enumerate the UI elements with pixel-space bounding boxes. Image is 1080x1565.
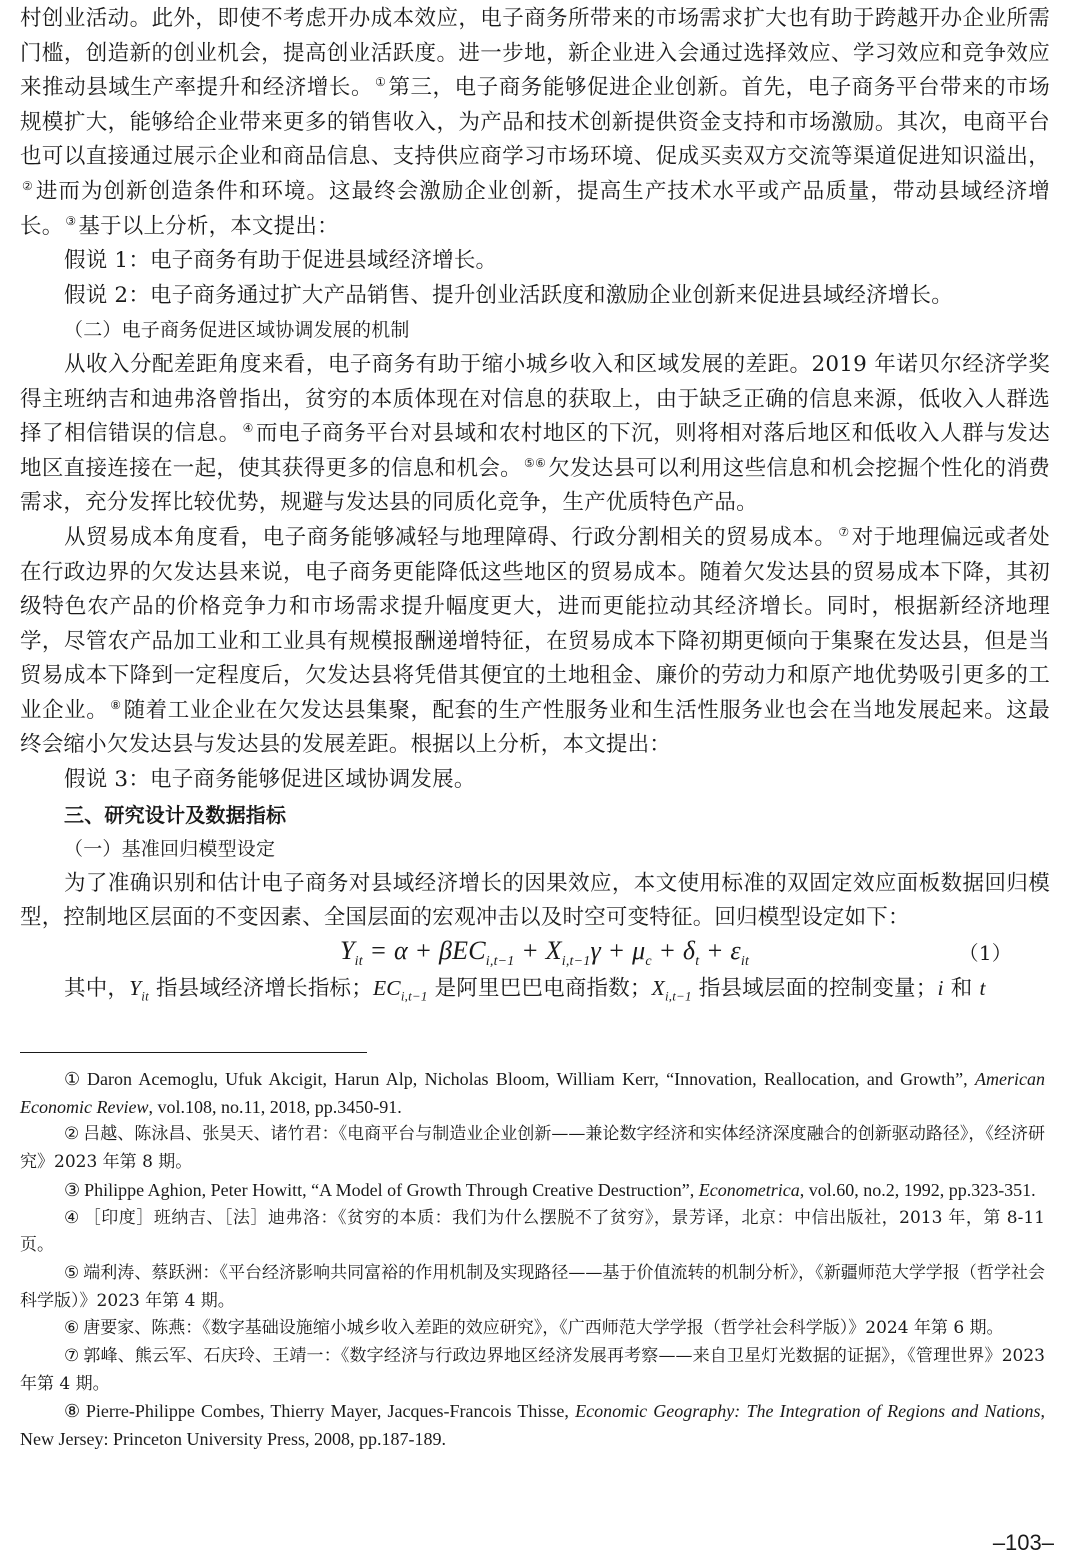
text-span: 和 xyxy=(944,976,980,1001)
footnote-text: , vol.60, no.2, 1992, pp.323-351. xyxy=(800,1180,1036,1200)
footnote-text: 郭峰、熊云军、石庆玲、王靖一：《数字经济与行政边界地区经济发展再考察——来自卫星… xyxy=(20,1346,1045,1394)
hypothesis-1: 假说 1：电子商务有助于促进县域经济增长。 xyxy=(20,244,1050,279)
math-symbol: Y xyxy=(129,976,141,1000)
math-subscript: it xyxy=(355,954,363,969)
footnote-ref-8[interactable]: ⑧ xyxy=(110,698,121,712)
math-var-t: t xyxy=(979,976,985,1000)
footnote-8: ⑧Pierre-Philippe Combes, Thierry Mayer, … xyxy=(20,1398,1045,1453)
paragraph-model-intro: 为了准确识别和估计电子商务对县域经济增长的因果效应，本文使用标准的双固定效应面板… xyxy=(20,867,1050,936)
footnote-ref-7[interactable]: ⑦ xyxy=(838,525,849,539)
footnote-3: ③Philippe Aghion, Peter Howitt, “A Model… xyxy=(20,1177,1045,1205)
book-title: Economic Geography: The Integration of R… xyxy=(575,1401,1040,1421)
footnote-mark: ⑧ xyxy=(64,1401,82,1421)
footnote-ref-4[interactable]: ④ xyxy=(243,421,254,435)
paragraph-entrepreneurship-innovation: 村创业活动。此外，即使不考虑开办成本效应，电子商务所带来的市场需求扩大也有助于跨… xyxy=(20,2,1050,244)
equation-number: （1） xyxy=(959,936,1012,971)
footnote-ref-5-6[interactable]: ⑤⑥ xyxy=(524,456,546,470)
footnote-text: 端利涛、蔡跃洲：《平台经济影响共同富裕的作用机制及实现路径——基于价值流转的机制… xyxy=(20,1263,1045,1311)
footnote-ref-3[interactable]: ③ xyxy=(65,214,76,228)
text-span: 随着工业企业在欠发达县集聚，配套的生产性服务业和生活性服务业也会在当地发展起来。… xyxy=(20,698,1050,758)
journal-title: Econometrica xyxy=(699,1180,800,1200)
paragraph-income-gap: 从收入分配差距角度来看，电子商务有助于缩小城乡收入和区域发展的差距。2019 年… xyxy=(20,348,1050,521)
math-subscript: it xyxy=(741,954,749,969)
footnote-text: , vol.108, no.11, 2018, pp.3450-91. xyxy=(148,1097,401,1117)
footnote-6: ⑥唐要家、陈燕：《数字基础设施缩小城乡收入差距的效应研究》，《广西师范大学学报（… xyxy=(20,1315,1045,1343)
math-subscript: i,t−1 xyxy=(562,954,591,969)
footnote-mark: ⑥ xyxy=(64,1318,79,1338)
footnote-1: ①Daron Acemoglu, Ufuk Akcigit, Harun Alp… xyxy=(20,1066,1045,1121)
text-span: 其中， xyxy=(64,976,129,1001)
section-heading-baseline-model: （一）基准回归模型设定 xyxy=(20,832,1050,867)
footnote-mark: ⑦ xyxy=(64,1346,79,1366)
math-subscript: i,t−1 xyxy=(401,988,428,1003)
footnote-ref-1[interactable]: ① xyxy=(375,75,386,89)
math-subscript: it xyxy=(141,988,149,1003)
equation-row: Yit = α + βECi,t−1 + Xi,t−1γ + μc + δt +… xyxy=(20,936,1050,971)
math-subscript: i,t−1 xyxy=(486,954,515,969)
math-symbol: γ + μ xyxy=(590,936,645,965)
footnote-mark: ① xyxy=(64,1069,83,1089)
footnotes: ①Daron Acemoglu, Ufuk Akcigit, Harun Alp… xyxy=(20,1066,1045,1454)
math-symbol: + X xyxy=(515,936,562,965)
footnote-mark: ④ xyxy=(64,1208,80,1228)
footnote-ref-2[interactable]: ② xyxy=(22,179,34,193)
footnote-2: ②吕越、陈泳昌、张昊天、诸竹君：《电商平台与制造业企业创新——兼论数字经济和实体… xyxy=(20,1121,1045,1176)
footnote-text: ［印度］班纳吉、［法］迪弗洛：《贫穷的本质：我们为什么摆脱不了贫穷》，景芳译，北… xyxy=(20,1208,1045,1256)
text-span: 对于地理偏远或者处在行政边界的欠发达县来说，电子商务更能降低这些地区的贸易成本。… xyxy=(20,525,1050,723)
paper-page: 村创业活动。此外，即使不考虑开办成本效应，电子商务所带来的市场需求扩大也有助于跨… xyxy=(0,0,1080,1565)
footnote-text: Philippe Aghion, Peter Howitt, “A Model … xyxy=(84,1180,699,1200)
footnote-text: Pierre-Philippe Combes, Thierry Mayer, J… xyxy=(86,1401,575,1421)
math-subscript: i,t−1 xyxy=(665,988,692,1003)
regression-equation: Yit = α + βECi,t−1 + Xi,t−1γ + μc + δt +… xyxy=(340,934,749,980)
footnote-text: Daron Acemoglu, Ufuk Akcigit, Harun Alp,… xyxy=(87,1069,975,1089)
math-var-y: Yit xyxy=(129,976,149,1000)
text-span: 基于以上分析，本文提出： xyxy=(78,214,338,239)
math-symbol: + δ xyxy=(652,936,695,965)
footnote-mark: ③ xyxy=(64,1180,80,1200)
footnote-7: ⑦郭峰、熊云军、石庆玲、王靖一：《数字经济与行政边界地区经济发展再考察——来自卫… xyxy=(20,1343,1045,1398)
hypothesis-2: 假说 2：电子商务通过扩大产品销售、提升创业活跃度和激励企业创新来促进县域经济增… xyxy=(20,279,1050,314)
footnote-4: ④［印度］班纳吉、［法］迪弗洛：《贫穷的本质：我们为什么摆脱不了贫穷》，景芳译，… xyxy=(20,1205,1045,1260)
hypothesis-3: 假说 3：电子商务能够促进区域协调发展。 xyxy=(20,763,1050,798)
section-heading-mechanism: （二）电子商务促进区域协调发展的机制 xyxy=(20,313,1050,348)
math-symbol: = α + βEC xyxy=(363,936,486,965)
footnote-mark: ⑤ xyxy=(64,1263,79,1283)
footnote-divider xyxy=(20,1052,367,1053)
footnote-text: 唐要家、陈燕：《数字基础设施缩小城乡收入差距的效应研究》，《广西师范大学学报（哲… xyxy=(83,1318,1003,1338)
math-symbol: Y xyxy=(340,936,355,965)
text-span: 从贸易成本角度看，电子商务能够减轻与地理障碍、行政分割相关的贸易成本。 xyxy=(64,525,836,550)
footnote-mark: ② xyxy=(64,1124,79,1144)
paragraph-trade-cost: 从贸易成本角度看，电子商务能够减轻与地理障碍、行政分割相关的贸易成本。⑦对于地理… xyxy=(20,521,1050,763)
math-symbol: + ε xyxy=(699,936,741,965)
section-heading-research-design: 三、研究设计及数据指标 xyxy=(20,798,1050,833)
footnote-text: 吕越、陈泳昌、张昊天、诸竹君：《电商平台与制造业企业创新——兼论数字经济和实体经… xyxy=(20,1124,1045,1172)
footnote-5: ⑤端利涛、蔡跃洲：《平台经济影响共同富裕的作用机制及实现路径——基于价值流转的机… xyxy=(20,1260,1045,1315)
page-number: –103– xyxy=(993,1530,1054,1556)
body-text: 村创业活动。此外，即使不考虑开办成本效应，电子商务所带来的市场需求扩大也有助于跨… xyxy=(20,2,1050,1014)
